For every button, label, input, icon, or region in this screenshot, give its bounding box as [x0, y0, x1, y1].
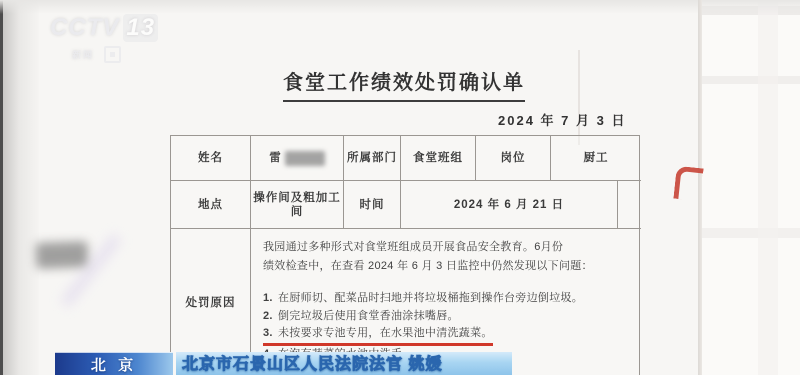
news-frame: CCTV 13 新闻 食堂工作绩效处罚确认单 2024 年 7 月 3 日 姓名…	[0, 0, 800, 375]
place-label-cell: 地点	[171, 181, 251, 229]
reason-item-2: 2.倒完垃圾后使用食堂香油涂抹嘴唇。	[263, 308, 635, 326]
dept-value-cell: 食堂班组	[401, 136, 476, 181]
document-title: 食堂工作绩效处罚确认单	[283, 66, 525, 102]
name-label-cell: 姓名	[171, 136, 251, 181]
red-underline-highlight: 3.未按要求专池专用，在水果池中清洗蔬菜。	[263, 325, 493, 346]
post-label-cell: 岗位	[476, 136, 551, 181]
post-value-cell: 厨工	[551, 136, 641, 181]
photo-top-shade	[0, 0, 800, 14]
channel-13-badge: 13	[123, 14, 158, 42]
dept-label-cell: 所属部门	[344, 136, 401, 181]
reason-intro-line1: 我园通过多种形式对食堂班组成员开展食品安全教育。6月份	[263, 238, 635, 257]
time-label-cell: 时间	[344, 181, 401, 229]
ticker-caption-bar: 北京市石景山区人民法院法官 姚媛	[176, 352, 512, 375]
document-date: 2024 年 7 月 3 日	[498, 110, 626, 129]
cctv-logo-text: CCTV	[50, 14, 119, 42]
time-value-cell: 2024 年 6 月 21 日	[401, 181, 618, 229]
news-label: 新闻	[72, 48, 94, 61]
cctv-news-sub: 新闻	[72, 46, 158, 63]
ticker-caption-text: 北京市石景山区人民法院法官 姚媛	[182, 352, 442, 375]
reason-item-1: 1.在厨师切、配菜品时扫地并将垃圾桶拖到操作台旁边倒垃圾。	[263, 290, 635, 308]
name-value: 雷	[269, 151, 282, 165]
punishment-form-table: 姓名 雷 所属部门 食堂班组 岗位 厨工 地点 操作间及粗加工间 时间 2024…	[170, 135, 640, 375]
paper-crease	[578, 50, 580, 145]
name-value-cell: 雷	[251, 136, 344, 181]
news-ticker: 北 京 北京市石景山区人民法院法官 姚媛	[0, 352, 800, 375]
photo-left-strip	[3, 0, 39, 375]
red-corner-mark	[673, 166, 703, 202]
empty-cell	[618, 181, 641, 229]
cctv-logo: CCTV 13	[50, 14, 158, 42]
redacted-name-blur	[285, 151, 325, 166]
ticker-location-badge: 北 京	[55, 352, 173, 375]
paper-fold-band	[702, 76, 800, 84]
page-right-margin	[702, 0, 800, 375]
cctv-news-seal-icon	[104, 46, 121, 63]
place-value-cell: 操作间及粗加工间	[251, 181, 344, 229]
reason-item-3-highlighted: 3.未按要求专池专用，在水果池中清洗蔬菜。	[263, 325, 635, 346]
blurred-stamp	[36, 241, 89, 269]
paper-fold-band	[702, 228, 800, 238]
paper-fold-band	[758, 0, 778, 375]
reason-intro-line2: 绩效检查中，在查看 2024 年 6 月 3 日监控中仍然发现以下问题：	[263, 257, 635, 276]
cctv13-watermark: CCTV 13 新闻	[50, 14, 158, 63]
